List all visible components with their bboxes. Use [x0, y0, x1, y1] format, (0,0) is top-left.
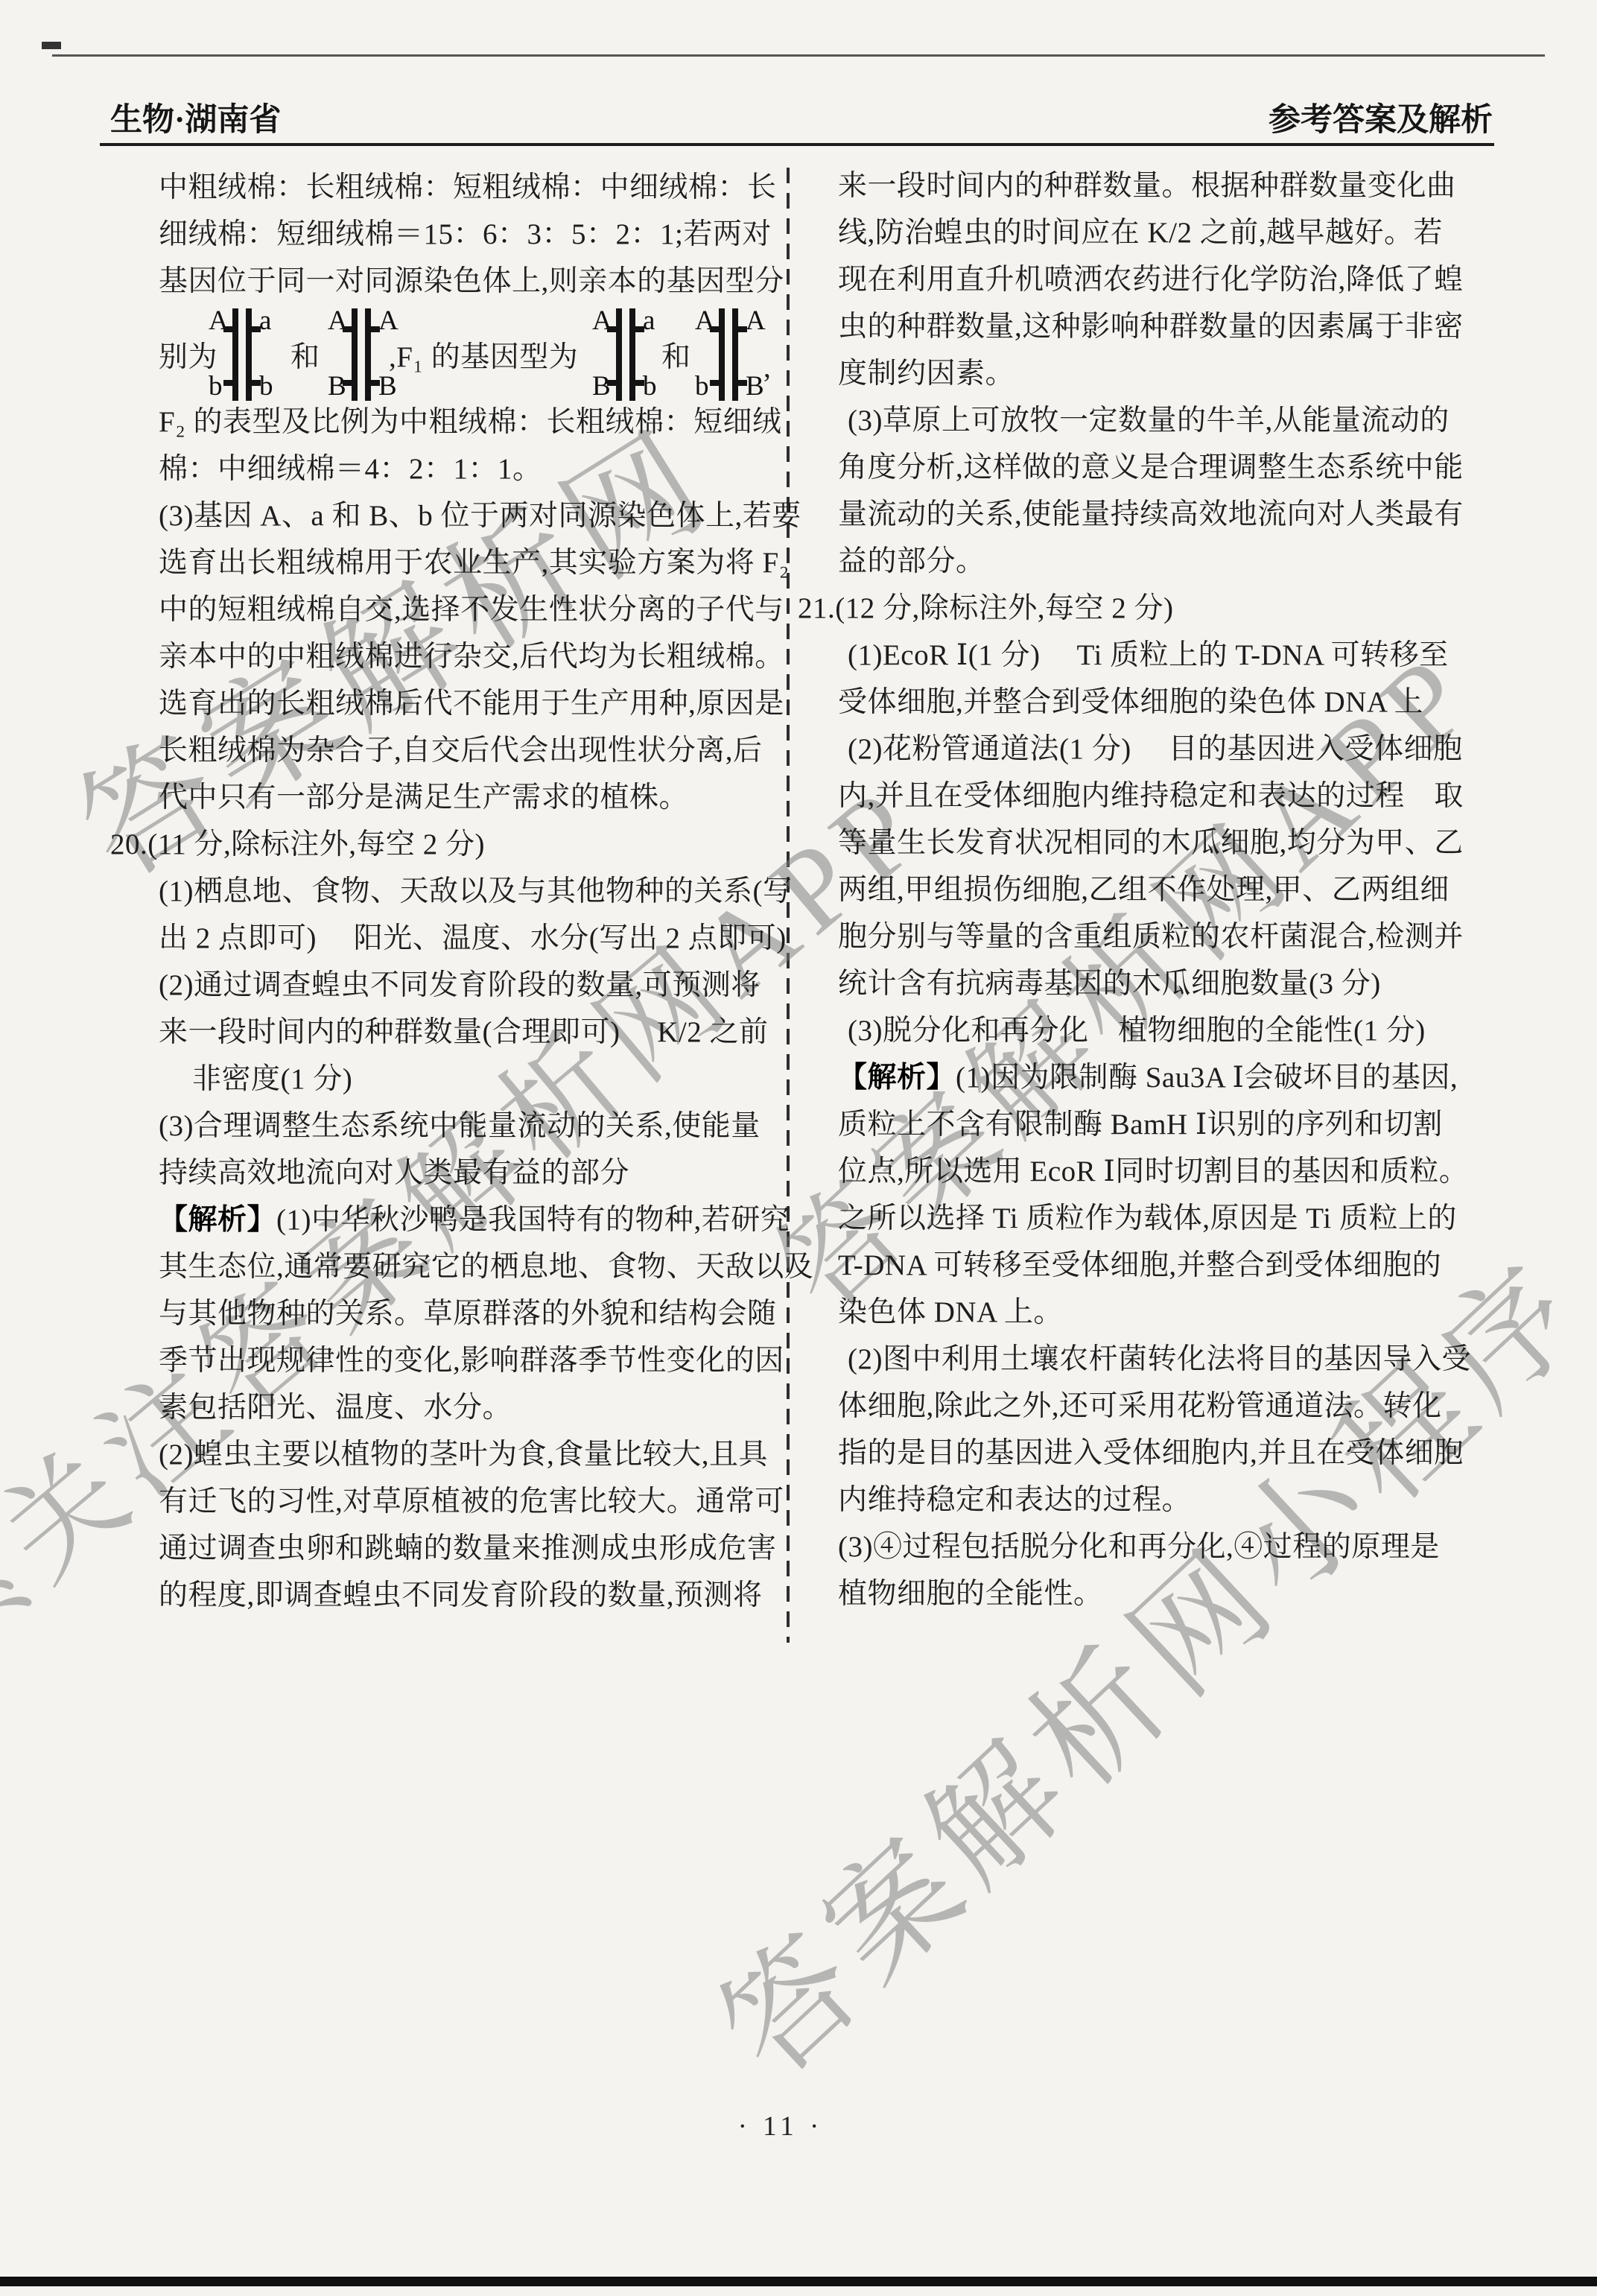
- text-line: 内,并且在受体细胞内维持稳定和表达的过程 取: [838, 779, 1464, 814]
- chromosome-bar: [232, 308, 238, 401]
- chromosome-bar: [732, 308, 738, 401]
- text-line: 通过调查虫卵和跳蝻的数量来推测成虫形成危害: [159, 1532, 777, 1566]
- allele-locus-tick: [343, 380, 352, 386]
- allele-locus-tick: [223, 326, 232, 332]
- allele-bottom-right: B: [746, 372, 764, 401]
- allele-locus-tick: [371, 380, 380, 386]
- text-line: 质粒上不含有限制酶 BamH Ⅰ识别的序列和切割: [838, 1108, 1443, 1142]
- text-line: T-DNA 可转移至受体细胞,并整合到受体细胞的: [838, 1249, 1441, 1283]
- allele-locus-tick: [738, 326, 747, 332]
- text-line: (3)草原上可放牧一定数量的牛羊,从能量流动的: [848, 404, 1450, 438]
- chromosome-bar: [365, 308, 371, 401]
- allele-locus-tick: [223, 380, 232, 386]
- text-line: 20.(11 分,除标注外,每空 2 分): [110, 828, 485, 862]
- allele-bottom-right: b: [643, 372, 657, 401]
- text-line: 持续高效地流向对人类最有益的部分: [159, 1156, 629, 1190]
- text-line: 两组,甲组损伤细胞,乙组不作处理,甲、乙两组细: [838, 873, 1450, 907]
- text-line: 【解析】(1)因为限制酶 Sau3A Ⅰ会破坏目的基因,: [838, 1061, 1458, 1095]
- text-line: 出 2 点即可) 阳光、温度、水分(写出 2 点即可): [159, 922, 787, 956]
- text-line: 来一段时间内的种群数量。根据种群数量变化曲: [838, 169, 1456, 203]
- text-line: 与其他物种的关系。草原群落的外貌和结构会随: [159, 1297, 777, 1331]
- allele-bottom-right: b: [259, 372, 273, 401]
- allele-bottom-left: b: [209, 372, 223, 401]
- text-line: 角度分析,这样做的意义是合理调整生态系统中能: [838, 451, 1464, 485]
- text-line: 其生态位,通常要研究它的栖息地、食物、天敌以及: [159, 1250, 813, 1284]
- allele-locus-tick: [710, 380, 719, 386]
- text-line: (1)EcoR Ⅰ(1 分) Ti 质粒上的 T-DNA 可转移至: [848, 638, 1449, 673]
- allele-locus-tick: [635, 326, 644, 332]
- chromosome-bar: [719, 308, 725, 401]
- chromosome-bar: [246, 308, 252, 401]
- text-line: (3)基因 A、a 和 B、b 位于两对同源染色体上,若要: [159, 499, 801, 533]
- header-answer-title: 参考答案及解析: [1269, 103, 1493, 139]
- text-line: (2)图中利用土壤农杆菌转化法将目的基因导入受: [848, 1342, 1471, 1377]
- text-line: F₂ 的表型及比例为中粗绒棉：长粗绒棉：短细绒: [159, 405, 782, 440]
- text-line: 长粗绒棉为杂合子,自交后代会出现性状分离,后: [159, 734, 763, 768]
- text-line: 益的部分。: [838, 545, 985, 579]
- text-line: 季节出现规律性的变化,影响群落季节性变化的因: [159, 1344, 784, 1378]
- text-line: 有迁飞的习性,对草原植被的危害比较大。通常可: [159, 1485, 784, 1519]
- text-line: 非密度(1 分): [192, 1062, 352, 1097]
- text-line: 选育出的长粗绒棉后代不能用于生产用种,原因是: [159, 687, 784, 721]
- text-line: 来一段时间内的种群数量(合理即可) K/2 之前: [159, 1015, 768, 1050]
- text-line: (1)栖息地、食物、天敌以及与其他物种的关系(写: [159, 875, 792, 909]
- text-line: 量流动的关系,使能量持续高效地流向对人类最有: [838, 498, 1464, 532]
- text-line: 中的短粗绒棉自交,选择不发生性状分离的子代与: [159, 593, 784, 627]
- text-line: 的程度,即调查蝗虫不同发育阶段的数量,预测将: [159, 1579, 763, 1613]
- text-line: (3)脱分化和再分化 植物细胞的全能性(1 分): [848, 1014, 1426, 1048]
- page-bottom-bar: [0, 2277, 1597, 2286]
- scanned-answer-page: { "header": {"left": "生物·湖南省", "right": …: [0, 0, 1597, 2296]
- text-line: 受体细胞,并整合到受体细胞的染色体 DNA 上: [838, 685, 1423, 720]
- allele-bottom-left: b: [695, 372, 709, 401]
- allele-bottom-left: B: [592, 372, 611, 401]
- text-line: 虫的种群数量,这种影响种群数量的因素属于非密: [838, 310, 1464, 344]
- allele-bottom-right: B: [378, 372, 397, 401]
- text-line: 等量生长发育状况相同的木瓜细胞,均分为甲、乙: [838, 826, 1464, 860]
- analysis-label: 【解析】: [838, 1062, 956, 1094]
- allele-top-right: A: [378, 307, 399, 335]
- allele-locus-tick: [738, 380, 747, 386]
- allele-top-right: a: [643, 307, 655, 335]
- allele-bottom-left: B: [328, 372, 346, 401]
- text-line: 和: [290, 340, 320, 375]
- analysis-label: 【解析】: [159, 1204, 276, 1236]
- chromosome-pair-diagram: AaBb: [592, 307, 664, 404]
- text-line: 统计含有抗病毒基因的木瓜细胞数量(3 分): [838, 967, 1381, 1001]
- allele-top-right: A: [746, 307, 766, 335]
- allele-top-right: a: [259, 307, 271, 335]
- chromosome-pair-diagram: AAbB: [695, 307, 766, 404]
- text-line: 之所以选择 Ti 质粒作为载体,原因是 Ti 质粒上的: [838, 1202, 1457, 1236]
- allele-locus-tick: [371, 326, 380, 332]
- chromosome-bar: [629, 308, 635, 401]
- allele-locus-tick: [607, 326, 616, 332]
- text-line: 染色体 DNA 上。: [838, 1296, 1063, 1330]
- text-line: 细绒棉：短细绒棉＝15：6：3：5：2：1;若两对: [159, 218, 772, 252]
- text-line: 现在利用直升机喷洒农药进行化学防治,降低了蝗: [838, 263, 1464, 297]
- text-line: 位点,所以选用 EcoR Ⅰ同时切割目的基因和质粒。: [838, 1155, 1468, 1189]
- chromosome-bar: [616, 308, 622, 401]
- chromosome-bar: [352, 308, 358, 401]
- chromosome-pair-diagram: AABB: [328, 307, 399, 404]
- text-line: 【解析】(1)中华秋沙鸭是我国特有的物种,若研究: [159, 1203, 790, 1237]
- text-line: (2)蝗虫主要以植物的茎叶为食,食量比较大,且具: [159, 1438, 768, 1472]
- text-line: 选育出长粗绒棉用于农业生产,其实验方案为将 F₂: [159, 546, 790, 580]
- text-line: 基因位于同一对同源染色体上,则亲本的基因型分: [159, 264, 784, 299]
- allele-locus-tick: [635, 380, 644, 386]
- text-line: ,F₁ 的基因型为: [389, 340, 578, 375]
- scan-corner-mark: [42, 42, 61, 49]
- text-line: 代中只有一部分是满足生产需求的植株。: [159, 781, 688, 815]
- allele-locus-tick: [710, 326, 719, 332]
- text-line: (2)通过调查蝗虫不同发育阶段的数量,可预测将: [159, 968, 761, 1003]
- page-top-rule: [52, 54, 1545, 57]
- allele-locus-tick: [252, 380, 261, 386]
- text-line: 亲本中的中粗绒棉进行杂交,后代均为长粗绒棉。: [159, 640, 784, 674]
- text-line: (3)④过程包括脱分化和再分化,④过程的原理是: [838, 1530, 1440, 1564]
- text-line: 指的是目的基因进入受体细胞内,并且在受体细胞: [838, 1436, 1464, 1471]
- allele-locus-tick: [607, 380, 616, 386]
- text-line: 棉：中细绒棉＝4：2：1：1。: [159, 452, 542, 486]
- header-subject-region: 生物·湖南省: [110, 103, 281, 139]
- text-line: 度制约因素。: [838, 357, 1015, 391]
- text-line: (3)合理调整生态系统中能量流动的关系,使能量: [159, 1109, 761, 1144]
- text-line: 植物细胞的全能性。: [838, 1577, 1103, 1611]
- text-line: 线,防治蝗虫的时间应在 K/2 之前,越早越好。若: [838, 216, 1443, 250]
- text-line: 中粗绒棉：长粗绒棉：短粗绒棉：中细绒棉：长: [159, 171, 777, 205]
- text-line: 体细胞,除此之外,还可采用花粉管通道法。转化: [838, 1389, 1442, 1424]
- chromosome-pair-diagram: Aabb: [209, 307, 280, 404]
- header-rule: [100, 143, 1494, 146]
- text-line: 内维持稳定和表达的过程。: [838, 1483, 1191, 1518]
- text-line: 21.(12 分,除标注外,每空 2 分): [798, 592, 1173, 626]
- allele-locus-tick: [343, 326, 352, 332]
- text-line: 胞分别与等量的含重组质粒的农杆菌混合,检测并: [838, 920, 1464, 954]
- text-line: 和: [661, 340, 691, 375]
- page-number: · 11 ·: [710, 2111, 851, 2143]
- text-line: (2)花粉管通道法(1 分) 目的基因进入受体细胞: [848, 732, 1462, 767]
- text-line: 素包括阳光、温度、水分。: [159, 1391, 512, 1425]
- allele-locus-tick: [252, 326, 261, 332]
